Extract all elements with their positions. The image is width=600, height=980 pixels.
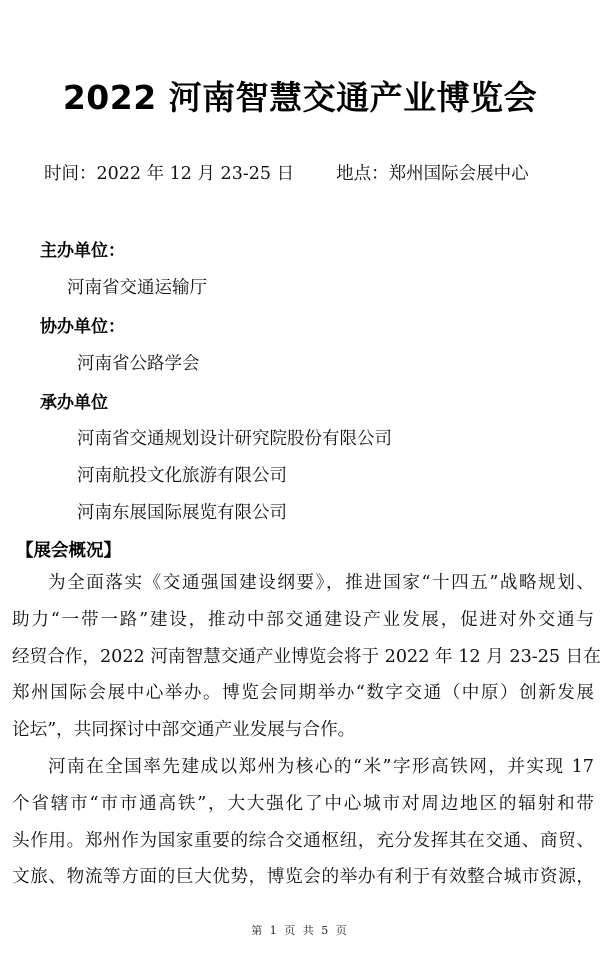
co-host-name: 河南省公路学会	[77, 350, 200, 375]
location-label: 地点：	[336, 164, 389, 184]
paragraph-line: 郑州国际会展中心举办。博览会同期举办“数字交通（中原）创新发展	[12, 675, 594, 712]
document-page: 2022 河南智慧交通产业博览会 时间：2022 年 12 月 23-25 日地…	[0, 0, 600, 980]
host-label: 主办单位：	[40, 236, 125, 261]
paragraph-line: 经贸合作，2022 河南智慧交通产业博览会将于 2022 年 12 月 23-2…	[12, 639, 594, 676]
overview-paragraph-1: 为全面落实《交通强国建设纲要》，推进国家“十四五”战略规划、 助力“一带一路”建…	[12, 565, 594, 749]
paragraph-line: 为全面落实《交通强国建设纲要》，推进国家“十四五”战略规划、	[12, 565, 594, 602]
host-name: 河南省交通运输厅	[67, 274, 207, 299]
undertaker-name-1: 河南省交通规划设计研究院股份有限公司	[77, 425, 392, 450]
event-meta-line: 时间：2022 年 12 月 23-25 日地点：郑州国际会展中心	[44, 160, 574, 185]
time-label: 时间：	[44, 164, 97, 184]
paragraph-line: 助力“一带一路”建设，推动中部交通建设产业发展，促进对外交通与	[12, 602, 594, 639]
time-value: 2022 年 12 月 23-25 日	[97, 164, 295, 184]
paragraph-line: 头作用。郑州作为国家重要的综合交通枢纽，充分发挥其在交通、商贸、	[12, 823, 594, 860]
overview-section-header: 【展会概况】	[16, 537, 121, 562]
paragraph-line: 个省辖市“市市通高铁”，大大强化了中心城市对周边地区的辐射和带	[12, 786, 594, 823]
undertaker-name-2: 河南航投文化旅游有限公司	[77, 462, 287, 487]
document-title: 2022 河南智慧交通产业博览会	[0, 72, 600, 119]
paragraph-line: 河南在全国率先建成以郑州为核心的“米”字形高铁网，并实现 17	[12, 749, 594, 786]
paragraph-line: 论坛”，共同探讨中部交通产业发展与合作。	[12, 712, 594, 749]
location-value: 郑州国际会展中心	[389, 164, 529, 184]
undertaker-name-3: 河南东展国际展览有限公司	[77, 499, 287, 524]
undertaker-label: 承办单位	[40, 388, 108, 413]
paragraph-line: 文旅、物流等方面的巨大优势，博览会的举办有利于有效整合城市资源，	[12, 859, 594, 896]
page-number-footer: 第 1 页 共 5 页	[0, 922, 600, 938]
co-host-label: 协办单位：	[40, 312, 125, 337]
overview-paragraph-2: 河南在全国率先建成以郑州为核心的“米”字形高铁网，并实现 17 个省辖市“市市通…	[12, 749, 594, 896]
